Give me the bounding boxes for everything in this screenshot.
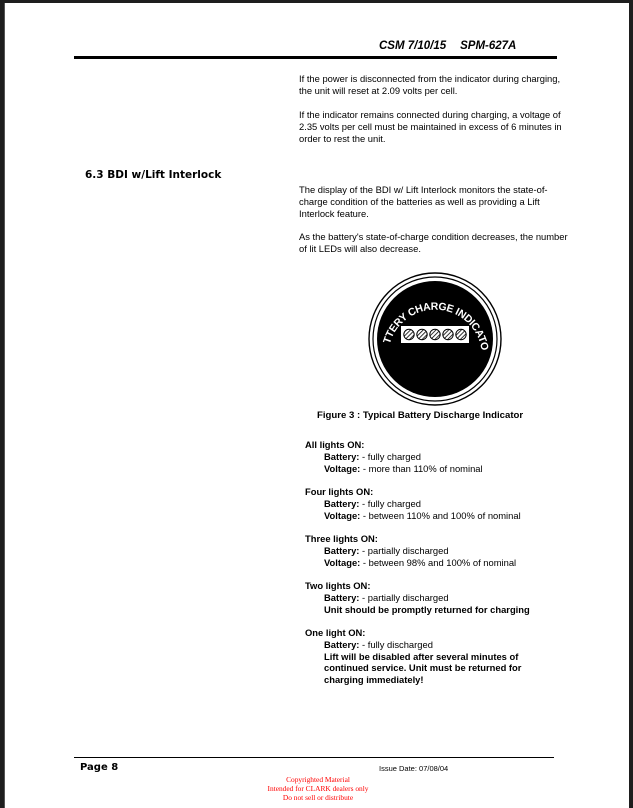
state-heading: All lights ON:	[305, 439, 483, 451]
led-icon	[404, 329, 414, 339]
document-page: CSM 7/10/15SPM-627A If the power is disc…	[4, 3, 629, 808]
state-warning: continued service. Unit must be returned…	[305, 662, 521, 674]
state-detail: Voltage: - more than 110% of nominal	[305, 463, 483, 475]
state-detail-text: - partially discharged	[359, 592, 448, 603]
state-warning: Lift will be disabled after several minu…	[305, 651, 521, 663]
state-detail-text: - fully discharged	[359, 639, 432, 650]
state-warning: charging immediately!	[305, 674, 521, 686]
led-icon	[430, 329, 440, 339]
indicator-state: Three lights ON:Battery: - partially dis…	[305, 533, 516, 568]
state-heading: One light ON:	[305, 627, 521, 639]
state-detail: Voltage: - between 98% and 100% of nomin…	[305, 557, 516, 569]
state-detail-label: Voltage:	[324, 510, 360, 521]
state-detail-text: - more than 110% of nominal	[360, 463, 482, 474]
indicator-state: All lights ON:Battery: - fully chargedVo…	[305, 439, 483, 474]
page-number: Page 8	[80, 762, 118, 773]
state-detail-label: Battery:	[324, 545, 359, 556]
intro-paragraph-1: If the power is disconnected from the in…	[299, 73, 569, 97]
led-icon	[417, 329, 427, 339]
issue-date: Issue Date: 07/08/04	[379, 764, 448, 773]
led-icon	[443, 329, 453, 339]
led-icon	[456, 329, 466, 339]
state-detail: Battery: - fully charged	[305, 498, 521, 510]
copyright-line: Intended for CLARK dealers only	[218, 784, 418, 793]
state-detail: Battery: - partially discharged	[305, 545, 516, 557]
copyright-line: Copyrighted Material	[218, 775, 418, 784]
state-warning: Unit should be promptly returned for cha…	[305, 604, 530, 616]
state-detail-label: Battery:	[324, 451, 359, 462]
state-detail: Battery: - fully charged	[305, 451, 483, 463]
state-detail-text: - between 110% and 100% of nominal	[360, 510, 520, 521]
header-rule	[74, 56, 557, 59]
doc-id: SPM-627A	[460, 40, 516, 52]
state-detail-text: - fully charged	[359, 498, 421, 509]
section-paragraph-2: As the battery's state-of-charge conditi…	[299, 231, 574, 255]
battery-charge-indicator-figure: BATTERY CHARGE INDICATOR	[367, 271, 503, 407]
state-detail-label: Battery:	[324, 639, 359, 650]
intro-paragraph-2: If the indicator remains connected durin…	[299, 109, 569, 144]
led-row	[404, 329, 466, 339]
section-paragraph-1: The display of the BDI w/ Lift Interlock…	[299, 184, 574, 219]
copyright-notice: Copyrighted Material Intended for CLARK …	[218, 775, 418, 802]
state-detail-text: - partially discharged	[359, 545, 448, 556]
section-title: 6.3 BDI w/Lift Interlock	[85, 169, 221, 181]
state-detail-label: Voltage:	[324, 463, 360, 474]
state-detail: Battery: - fully discharged	[305, 639, 521, 651]
state-detail: Battery: - partially discharged	[305, 592, 530, 604]
copyright-line: Do not sell or distribute	[218, 793, 418, 802]
footer-rule	[74, 757, 554, 758]
state-heading: Four lights ON:	[305, 486, 521, 498]
state-detail-label: Battery:	[324, 498, 359, 509]
state-heading: Two lights ON:	[305, 580, 530, 592]
figure-caption: Figure 3 : Typical Battery Discharge Ind…	[317, 410, 523, 421]
doc-code: CSM 7/10/15	[379, 40, 446, 52]
state-detail-text: - fully charged	[359, 451, 421, 462]
state-detail-label: Battery:	[324, 592, 359, 603]
state-detail: Voltage: - between 110% and 100% of nomi…	[305, 510, 521, 522]
state-detail-text: - between 98% and 100% of nominal	[360, 557, 516, 568]
state-detail-label: Voltage:	[324, 557, 360, 568]
indicator-state: Four lights ON:Battery: - fully chargedV…	[305, 486, 521, 521]
indicator-state: Two lights ON:Battery: - partially disch…	[305, 580, 530, 615]
page-header: CSM 7/10/15SPM-627A	[379, 40, 516, 52]
state-heading: Three lights ON:	[305, 533, 516, 545]
indicator-state: One light ON:Battery: - fully discharged…	[305, 627, 521, 686]
